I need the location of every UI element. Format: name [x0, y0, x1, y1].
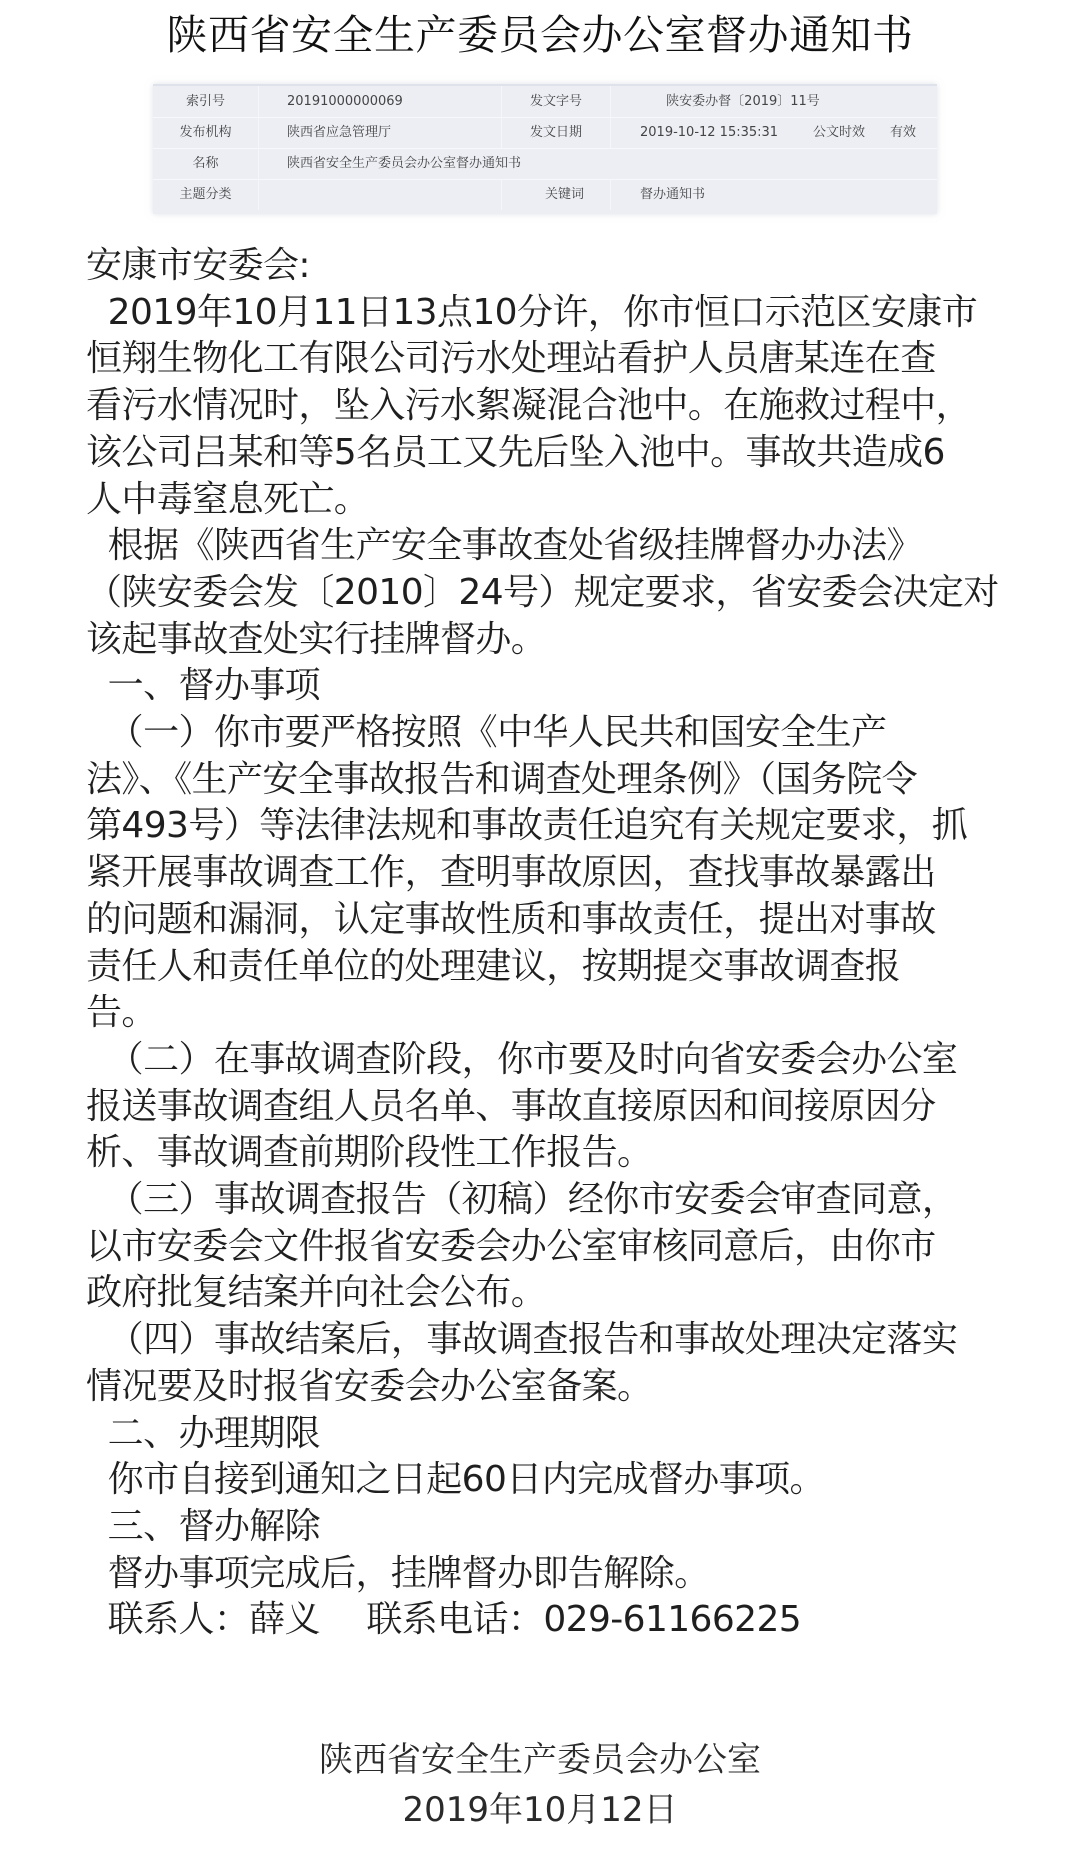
body-text-line: （三）事故调查报告（初稿）经你市安委会审查同意， — [86, 1180, 957, 1220]
value-issue-date: 2019-10-12 15:35:31 — [640, 117, 778, 148]
metadata-row-topic: 主题分类 关键词 督办通知书 — [153, 179, 937, 210]
body-text-line: 三、督办解除 — [86, 1507, 320, 1547]
signature-issuer: 陕西省安全生产委员会办公室 — [0, 1740, 1080, 1780]
metadata-row-issuer: 发布机构 陕西省应急管理厅 发文日期 2019-10-12 15:35:31 公… — [153, 117, 937, 149]
body-text-line: 人中毒窒息死亡。 — [86, 480, 369, 520]
column-divider — [258, 117, 259, 148]
body-text-line: 告。 — [86, 993, 157, 1033]
document-title: 陕西省安全生产委员会办公室督办通知书 — [0, 10, 1080, 60]
body-text-line: 情况要及时报省安委会办公室备案。 — [86, 1367, 652, 1407]
label-validity: 公文时效 — [813, 117, 865, 148]
column-divider — [610, 179, 611, 210]
body-text-line: 督办事项完成后，挂牌督办即告解除。 — [86, 1554, 710, 1594]
body-text-line: 以市安委会文件报省安委会办公室审核同意后，由你市 — [86, 1227, 936, 1267]
label-name: 名称 — [153, 148, 258, 179]
value-issuer: 陕西省应急管理厅 — [287, 117, 391, 148]
value-validity: 有效 — [890, 117, 916, 148]
label-index-number: 索引号 — [153, 86, 258, 117]
column-divider — [610, 86, 611, 117]
column-divider — [501, 86, 502, 117]
column-divider — [501, 179, 502, 210]
value-index-number: 20191000000069 — [287, 86, 403, 117]
body-text-line: （陕安委会发〔2010〕24号）规定要求，省安委会决定对 — [86, 573, 999, 613]
body-text-line: 联系人：薛义 联系电话：029-61166225 — [86, 1600, 801, 1640]
body-text-line: 你市自接到通知之日起60日内完成督办事项。 — [86, 1460, 825, 1500]
body-text-line: （一）你市要严格按照《中华人民共和国安全生产 — [86, 713, 887, 753]
body-text-line: 根据《陕西省生产安全事故查处省级挂牌督办办法》 — [86, 526, 922, 566]
body-text-line: 二、办理期限 — [86, 1414, 320, 1454]
body-text-line: 政府批复结案并向社会公布。 — [86, 1273, 546, 1313]
body-text-line: 报送事故调查组人员名单、事故直接原因和间接原因分 — [86, 1087, 936, 1127]
label-keywords: 关键词 — [545, 179, 584, 210]
body-text-line: 析、事故调查前期阶段性工作报告。 — [86, 1133, 652, 1173]
signature-date: 2019年10月12日 — [0, 1790, 1080, 1830]
column-divider — [610, 117, 611, 148]
label-issue-date: 发文日期 — [530, 117, 582, 148]
body-text-line: 的问题和漏洞，认定事故性质和事故责任，提出对事故 — [86, 900, 936, 940]
value-keywords: 督办通知书 — [640, 179, 705, 210]
salutation: 安康市安委会: — [86, 246, 310, 286]
body-text-line: （四）事故结案后，事故调查报告和事故处理决定落实 — [86, 1320, 957, 1360]
label-document-number: 发文字号 — [530, 86, 582, 117]
metadata-row-index: 索引号 20191000000069 发文字号 陕安委办督〔2019〕11号 — [153, 86, 937, 118]
value-name: 陕西省安全生产委员会办公室督办通知书 — [287, 148, 521, 179]
label-issuer: 发布机构 — [153, 117, 258, 148]
column-divider — [501, 117, 502, 148]
body-text-line: 紧开展事故调查工作，查明事故原因，查找事故暴露出 — [86, 853, 936, 893]
body-text-line: 2019年10月11日13点10分许，你市恒口示范区安康市 — [86, 293, 977, 333]
value-document-number: 陕安委办督〔2019〕11号 — [613, 86, 873, 117]
body-text-line: 第493号）等法律法规和事故责任追究有关规定要求，抓 — [86, 806, 967, 846]
body-text-line: 法》、《生产安全事故报告和调查处理条例》（国务院令 — [86, 760, 917, 800]
body-text-line: 看污水情况时，坠入污水絮凝混合池中。在施救过程中， — [86, 386, 971, 426]
column-divider — [258, 86, 259, 117]
body-text-line: 该起事故查处实行挂牌督办。 — [86, 620, 546, 660]
label-topic-category: 主题分类 — [153, 179, 258, 210]
body-text-line: 该公司吕某和等5名员工又先后坠入池中。事故共造成6 — [86, 433, 945, 473]
metadata-table: 索引号 20191000000069 发文字号 陕安委办督〔2019〕11号 发… — [153, 84, 937, 214]
metadata-row-name: 名称 陕西省安全生产委员会办公室督办通知书 — [153, 148, 937, 180]
body-text-line: 责任人和责任单位的处理建议，按期提交事故调查报 — [86, 947, 900, 987]
column-divider — [258, 148, 259, 179]
column-divider — [258, 179, 259, 210]
body-text-line: 恒翔生物化工有限公司污水处理站看护人员唐某连在查 — [86, 339, 936, 379]
body-text-line: （二）在事故调查阶段，你市要及时向省安委会办公室 — [86, 1040, 957, 1080]
body-text-line: 一、督办事项 — [86, 666, 320, 706]
